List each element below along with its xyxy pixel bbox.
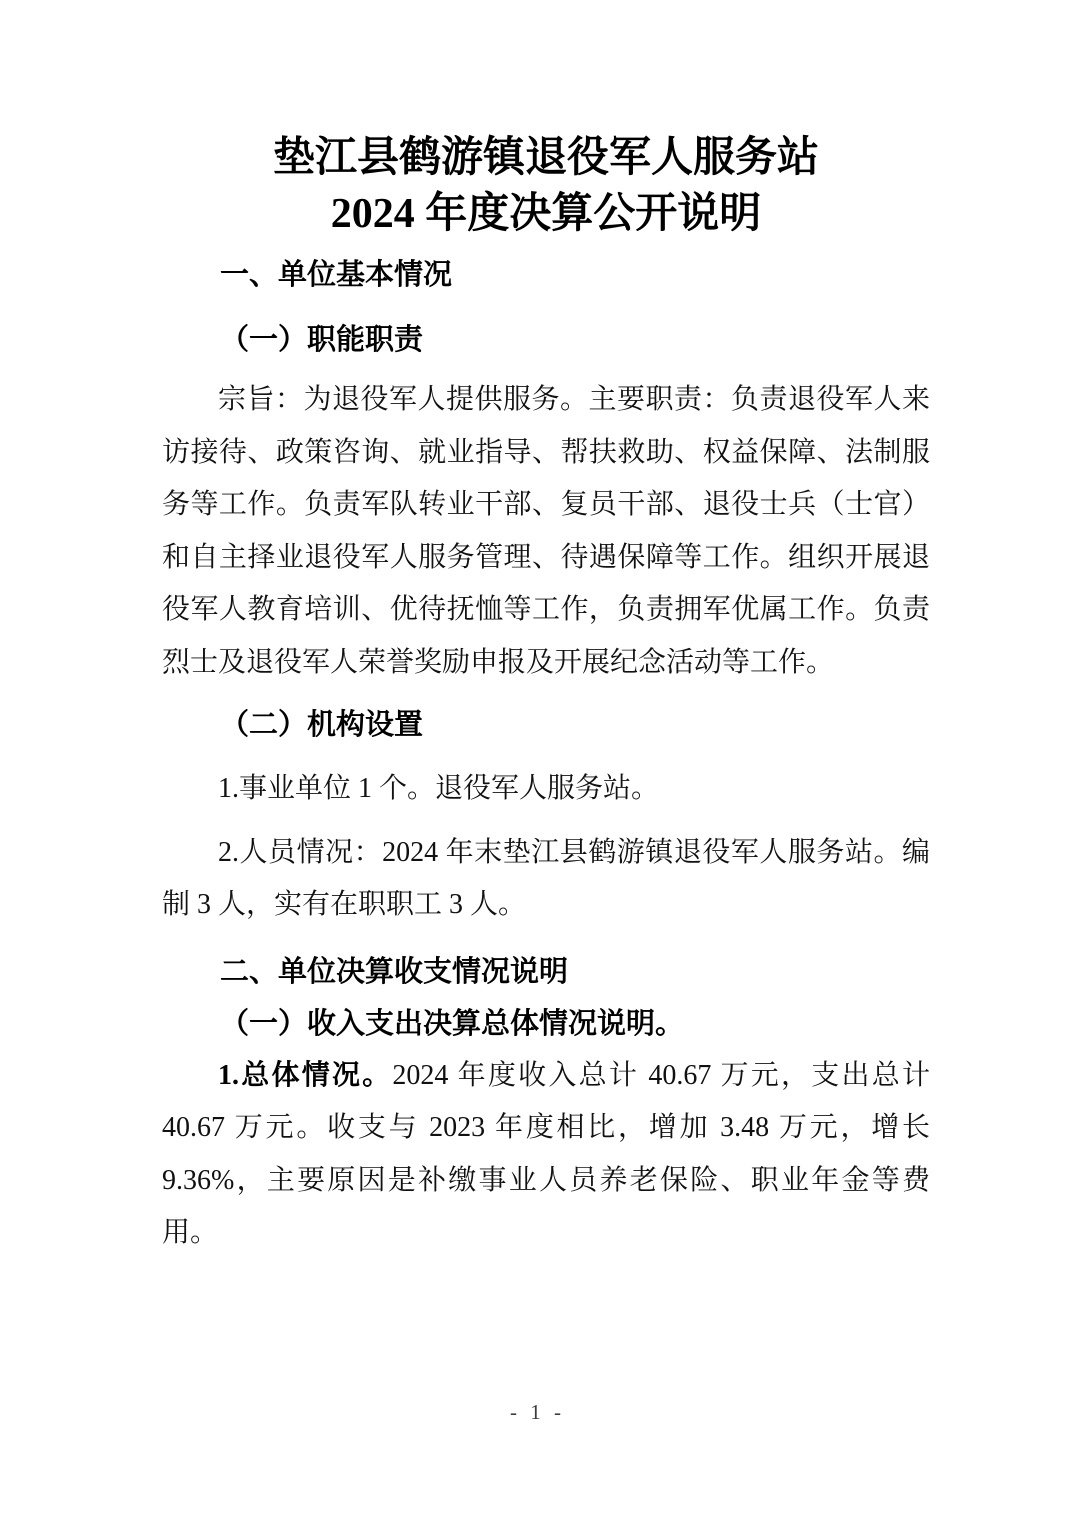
document-content: 垫江县鹤游镇退役军人服务站 2024 年度决算公开说明 一、单位基本情况 （一）… xyxy=(162,130,930,1260)
paragraph-budget-overview: 1.总体情况。2024 年度收入总计 40.67 万元，支出总计 40.67 万… xyxy=(162,1050,930,1260)
subsection-heading-budget-overview: （一）收入支出决算总体情况说明。 xyxy=(162,998,930,1050)
paragraph-organization-units: 1.事业单位 1 个。退役军人服务站。 xyxy=(162,763,930,816)
paragraph-budget-lead: 1.总体情况。 xyxy=(218,1060,392,1091)
section-heading-budget: 二、单位决算收支情况说明 xyxy=(162,946,930,998)
paragraph-organization-staff: 2.人员情况：2024 年末垫江县鹤游镇退役军人服务站。编制 3 人，实有在职职… xyxy=(162,827,930,932)
subsection-heading-functions: （一）职能职责 xyxy=(162,314,930,366)
section-heading-basic-info: 一、单位基本情况 xyxy=(162,249,930,301)
page-number: - 1 - xyxy=(0,1400,1075,1425)
document-page: 垫江县鹤游镇退役军人服务站 2024 年度决算公开说明 一、单位基本情况 （一）… xyxy=(0,0,1075,1520)
paragraph-functions: 宗旨：为退役军人提供服务。主要职责：负责退役军人来访接待、政策咨询、就业指导、帮… xyxy=(162,374,930,689)
document-title-line1: 垫江县鹤游镇退役军人服务站 xyxy=(162,130,930,186)
document-title: 垫江县鹤游镇退役军人服务站 2024 年度决算公开说明 xyxy=(162,130,930,242)
document-title-line2: 2024 年度决算公开说明 xyxy=(162,186,930,242)
subsection-heading-organization: （二）机构设置 xyxy=(162,699,930,751)
